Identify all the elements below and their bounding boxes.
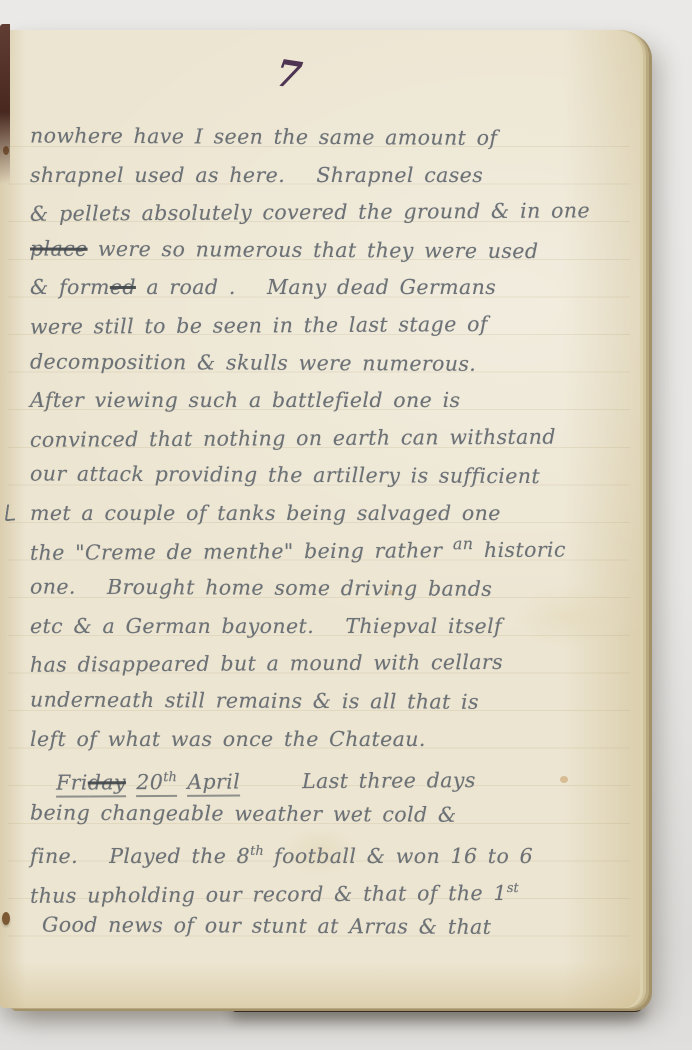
handwriting-line: being changeable weather wet cold &	[30, 795, 620, 836]
handwriting-segment	[126, 770, 137, 794]
handwriting-segment: 20th	[136, 770, 177, 797]
handwriting-line: & pellets absolutely covered the ground …	[30, 193, 620, 234]
handwriting-text	[177, 770, 188, 794]
handwriting-text: & pellets absolutely covered the ground …	[30, 199, 590, 226]
handwriting-segment: & pellets absolutely covered the ground …	[30, 199, 590, 226]
handwriting-segment: 8th	[237, 844, 264, 868]
handwriting-segment: an	[453, 534, 474, 553]
handwriting-segment: Fri	[56, 770, 88, 797]
handwriting-text: etc & a German bayonet. Thiepval itself	[30, 614, 502, 638]
handwriting-text: April	[187, 769, 240, 793]
handwriting-segment: shrapnel used as here. Shrapnel cases	[30, 163, 483, 187]
handwriting-segment: fine. Played the	[30, 844, 237, 868]
handwriting-segment: nowhere have I seen the same amount of	[30, 123, 497, 149]
handwriting-line: convinced that nothing on earth can with…	[30, 419, 620, 460]
handwriting-text: being changeable weather wet cold &	[30, 800, 457, 826]
handwriting-segment: were so numerous that they were used	[87, 237, 538, 263]
handwriting-segment: After viewing such a battlefield one is	[30, 388, 460, 412]
handwriting-text: 20	[136, 770, 163, 794]
handwriting-text: 8	[237, 844, 250, 868]
handwriting-segment: football & won 16 to 6	[264, 844, 533, 868]
handwriting-segment: decomposition & skulls were numerous.	[30, 349, 476, 375]
handwriting-segment: met a couple of tanks being salvaged one	[30, 501, 501, 525]
handwriting-segment: convinced that nothing on earth can with…	[30, 424, 556, 451]
ordinal-suffix: th	[163, 770, 177, 785]
handwriting-line: shrapnel used as here. Shrapnel cases	[30, 158, 620, 196]
handwriting-line: left of what was once the Chateau.	[30, 722, 620, 760]
handwriting-line: our attack providing the artillery is su…	[30, 457, 620, 498]
margin-insertion-mark	[5, 503, 18, 521]
handwriting-text: were still to be seen in the last stage …	[30, 312, 488, 339]
book-spine	[0, 24, 10, 184]
handwriting-text: shrapnel used as here. Shrapnel cases	[30, 163, 483, 187]
handwriting-segment: 1st	[493, 881, 519, 905]
handwriting-text: & form	[30, 275, 110, 299]
handwriting-text: left of what was once the Chateau.	[30, 727, 426, 751]
handwriting-segment: etc & a German bayonet. Thiepval itself	[30, 614, 502, 638]
ordinal-suffix: st	[507, 881, 519, 896]
handwriting-block: nowhere have I seen the same amount ofsh…	[30, 120, 620, 947]
page-number: 7	[273, 50, 305, 97]
handwriting-text: place	[30, 236, 88, 260]
handwriting-text: the "Creme de menthe" being rather	[30, 538, 453, 565]
handwriting-line: the "Creme de menthe" being rather an hi…	[30, 532, 620, 573]
handwriting-text: a road . Many dead Germans	[136, 275, 496, 299]
handwriting-line: Good news of our stunt at Arras & that	[30, 908, 620, 949]
handwriting-segment: being changeable weather wet cold &	[30, 800, 457, 826]
notebook-page: 7 nowhere have I seen the same amount of…	[0, 30, 640, 1008]
handwriting-text: met a couple of tanks being salvaged one	[30, 501, 501, 525]
handwriting-segment: Good news of our stunt at Arras & that	[42, 913, 491, 939]
handwriting-line: has disappeared but a mound with cellars	[30, 645, 620, 686]
handwriting-text: convinced that nothing on earth can with…	[30, 424, 556, 451]
handwriting-segment: thus upholding our record & that of the	[30, 881, 494, 908]
handwriting-segment: the "Creme de menthe" being rather	[30, 538, 453, 565]
handwriting-segment: & form	[30, 275, 110, 299]
paper-stain	[560, 776, 568, 783]
handwriting-segment	[177, 770, 188, 794]
handwriting-line: place were so numerous that they were us…	[30, 231, 620, 272]
handwriting-line: were still to be seen in the last stage …	[30, 306, 620, 347]
handwriting-text: historic	[473, 537, 565, 562]
handwriting-text: 1	[493, 881, 507, 905]
handwriting-line: thus upholding our record & that of the …	[30, 870, 620, 911]
handwriting-segment: our attack providing the artillery is su…	[30, 462, 540, 489]
handwriting-line: & formed a road . Many dead Germans	[30, 270, 620, 308]
handwriting-text: fine. Played the	[30, 844, 237, 868]
handwriting-text: has disappeared but a mound with cellars	[30, 650, 503, 677]
handwriting-text: ed	[110, 275, 136, 299]
handwriting-text: nowhere have I seen the same amount of	[30, 123, 497, 149]
handwriting-segment: a road . Many dead Germans	[136, 275, 496, 299]
handwriting-line: Friday 20th AprilLast three days	[30, 757, 620, 798]
handwriting-segment: left of what was once the Chateau.	[30, 727, 426, 751]
handwriting-segment: one. Brought home some driving bands	[30, 575, 492, 601]
handwriting-text	[126, 770, 137, 794]
handwriting-segment: day	[88, 770, 126, 797]
paper-blemish	[2, 912, 10, 925]
handwriting-segment: underneath still remains & is all that i…	[30, 687, 479, 713]
handwriting-segment: were still to be seen in the last stage …	[30, 312, 488, 339]
paper-stain	[388, 590, 394, 595]
handwriting-text: Last three days	[302, 768, 476, 793]
handwriting-line: After viewing such a battlefield one is	[30, 383, 620, 421]
handwriting-text: day	[88, 770, 126, 794]
handwriting-line: etc & a German bayonet. Thiepval itself	[30, 609, 620, 647]
handwriting-text: Fri	[56, 770, 88, 794]
handwriting-text: thus upholding our record & that of the	[30, 881, 494, 908]
handwriting-segment: April	[187, 769, 240, 796]
handwriting-text: football & won 16 to 6	[264, 844, 533, 868]
handwriting-text: decomposition & skulls were numerous.	[30, 349, 476, 375]
handwriting-text: an	[453, 534, 474, 553]
handwriting-segment: historic	[473, 537, 565, 562]
handwriting-text: After viewing such a battlefield one is	[30, 388, 460, 412]
handwriting-text: one. Brought home some driving bands	[30, 575, 492, 601]
photo-background: 7 nowhere have I seen the same amount of…	[0, 0, 692, 1050]
handwriting-text: were so numerous that they were used	[87, 237, 538, 263]
handwriting-text: our attack providing the artillery is su…	[30, 462, 540, 489]
handwriting-line: decomposition & skulls were numerous.	[30, 344, 620, 385]
handwriting-segment: ed	[110, 275, 136, 299]
handwriting-segment: place	[30, 236, 88, 260]
handwriting-segment: has disappeared but a mound with cellars	[30, 650, 503, 677]
handwriting-line: nowhere have I seen the same amount of	[30, 118, 620, 159]
handwriting-line: underneath still remains & is all that i…	[30, 682, 620, 723]
ordinal-suffix: th	[250, 844, 264, 859]
handwriting-text: underneath still remains & is all that i…	[30, 687, 479, 713]
handwriting-text: Good news of our stunt at Arras & that	[42, 913, 491, 939]
handwriting-line: one. Brought home some driving bands	[30, 570, 620, 611]
handwriting-segment: Last three days	[302, 768, 476, 793]
handwriting-line: met a couple of tanks being salvaged one	[30, 496, 620, 534]
handwriting-line: fine. Played the 8th football & won 16 t…	[30, 834, 620, 872]
